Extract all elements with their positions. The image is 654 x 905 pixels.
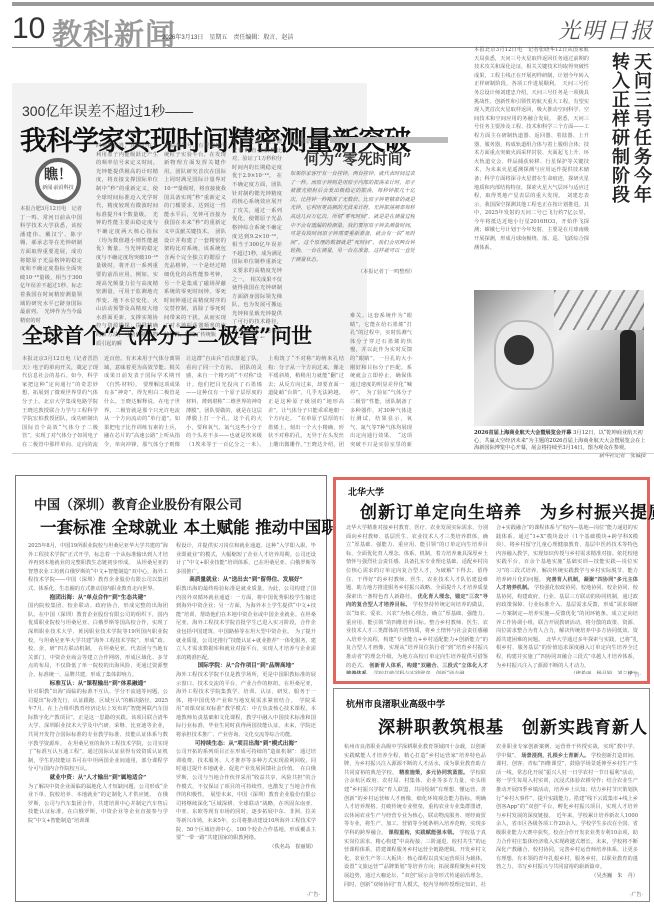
- ad-subhead: 精准施策，多元协同筑蓝图。: [399, 770, 468, 776]
- ad-col-2: 程设计，并提供实习岗位和就业通道。这种“入学即入职、毕业即就业”的模式，大幅缩短…: [176, 542, 316, 882]
- gas-col-1: 本报北京3月12日电（记者晋浩天）电子的单向开关，奠定了现代信息社会的基石。如今…: [22, 355, 98, 450]
- sidebar-byline: （本报记者丁一鸣整理）: [350, 268, 415, 277]
- lead-col-4: 颈。通过两台独立锶光钟的直接拍频比对，验证了1万秒积分时间内的长期稳定度优于2.…: [232, 138, 282, 338]
- ad-col-1: 杭州市良渚职业高级中学深耕职业教育领域四十余载，以创新实践赋能人才培养全程，精心…: [344, 743, 486, 888]
- beihua-ad: 北华大学 创新订单定向生培养 为乡村振兴提质增效 北华大学精准对接乡村教育、医疗…: [333, 477, 650, 684]
- page-number: 10: [12, 12, 45, 46]
- section-divider: [12, 453, 654, 454]
- ad-school-name: 杭州市良渚职业高级中学: [346, 697, 445, 710]
- gas-col-3: 让这群“自由兵”首次排起了队，看向了同一个方向。 团队的灵感，来自一个精巧的“不…: [186, 355, 262, 450]
- ad-para: 2025年8月，中国19所职业院校与坦桑尼亚华大学共建的“海外工程技术学院”正式…: [28, 543, 168, 592]
- ad-subhead: 高质量就业：从“送出去”到“留得住、发展好”: [176, 576, 316, 585]
- ad-para: 合+实践融合”的课程体系与“校内—基地—岗位”能力递进的实践体系。通过“1+X”…: [496, 525, 638, 583]
- shenzhen-ad: 中国（深圳）教育企业股份有限公司 一套标准 全球就业 本土赋能 推动中国职教“抱…: [15, 475, 327, 902]
- ad-para: 学校打破学科与实践壁垒，创新“通专融: [374, 671, 465, 674]
- logo-small-text: 新闻·前沿科技: [39, 185, 77, 191]
- ad-label: ·广告·: [628, 671, 641, 678]
- ad-subhead: 抱团出海：从“单点合作”到“生态共建”: [28, 594, 168, 603]
- lead-kicker: 300亿年误差不超过1秒——: [22, 101, 193, 121]
- ad-col-2: 农业职业专家创新案例、运营骨干传授实战，实现“教中学、学中做”。 场景浸润，扎根…: [496, 743, 638, 888]
- ad-col-1: 北华大学精准对接乡村教育、医疗、农业发展实际需求，分别面向乡村教师、基层医生、农…: [346, 524, 488, 674]
- top-rule: [12, 2, 654, 6]
- column-logo-badge: 瞧！ 新闻·前沿科技: [35, 158, 81, 204]
- ad-subhead: 可持续生态：从“项目出海”到“模式出海”: [176, 740, 316, 749]
- sidebar-tag: ●新知新码: [290, 136, 318, 145]
- ad-col-1: 2025年8月，中国19所职业院校与坦桑尼亚华大学共建的“海外工程技术学院”正式…: [28, 542, 168, 882]
- sidebar-bar: [330, 137, 448, 143]
- astronaut-visor: [504, 335, 534, 365]
- ad-para: 国内院校集团、校企联动、政府协合，形成完整的出海团队。在中国（深圳）教育企业股份…: [28, 603, 168, 678]
- ad-col-2: 合+实践融合”的课程体系与“校内—基地—岗位”能力递进的实践体系。通过“1+X”…: [496, 524, 638, 674]
- ad-para: 程设计，并提供实习岗位和就业通道。这种“入学即入职、毕业即就业”的模式，大幅缩短…: [176, 543, 316, 575]
- ad-byline: （佚名岛 崔丽娟）: [176, 843, 316, 852]
- ad-company-name: 中国（深圳）教育企业股份有限公司: [34, 494, 242, 513]
- logo-big-text: 瞧！: [39, 165, 77, 185]
- expo-photo[interactable]: [474, 290, 644, 426]
- ad-para: 针对职教“出海”面临的标准不互认、学分不流通等问题，公司提出“标准先行、认证跟跑…: [28, 689, 168, 772]
- gas-diode-headline[interactable]: 全球首个“气体分子二极管”问世: [22, 320, 312, 350]
- ad-byline: （律希丽 杨月婷 刘立峰）: [496, 670, 638, 674]
- ad-school-name: 北华大学: [348, 485, 384, 498]
- date-editors: 2026年3月13日 星期五 责任编辑：殷言、赵洁: [162, 32, 293, 41]
- sidebar-body: 如果你家客厅有一台挂钟，两台挂钟，就代表时间过去了一秒。而原子钟则是用原子内部的…: [290, 170, 415, 265]
- ad-headline[interactable]: 创新订单定向生培养 为乡村振兴提质增效: [360, 498, 654, 523]
- ad-subhead: 场景浸润，扎根乡土育新人。: [521, 753, 589, 759]
- photo-roof-structure: [554, 290, 644, 330]
- ad-label: ·广告·: [307, 891, 320, 898]
- explainer-sidebar: ●新知新码 何为“零死时间” 如果你家客厅有一台挂钟，两台挂钟，就代表时间过去了…: [290, 136, 415, 286]
- page-header: 10 教科新闻 2026年3月13日 星期五 责任编辑：殷言、赵洁 光明日报: [12, 8, 654, 48]
- photo-caption: 2026首届上海商业航天大会暨展览会开幕 3月12日，以“乾坤商业航天初心，共赢…: [474, 430, 646, 460]
- ad-headline[interactable]: 深耕职教筑根基 创新实践育新人: [378, 713, 648, 738]
- ad-para: 学校联合余杭区政府、农村局、村集体、企业等多方力量，牵头组建“乡村振兴学院”育人…: [344, 770, 486, 836]
- ad-para: 学校坚持传统定向培养的做法，以“知农、爱农、兴农”为核心理念，确立“厚基础、强能…: [346, 602, 488, 668]
- sidebar-title[interactable]: 何为“零死时间”: [304, 148, 411, 169]
- ad-para: 公司开拓的系列项目正在形成可持续的“造血机制”：通过培训收费、技术服务、人才推荐…: [176, 749, 316, 841]
- tianwen-headline[interactable]: 天问三号任务今年转入正样研制阶段: [592, 52, 652, 212]
- liangzhu-ad: 杭州市良渚职业高级中学 深耕职教筑根基 创新实践育新人 杭州市良渚职业高级中学深…: [333, 688, 650, 902]
- ad-para: 北华大学精准对接乡村教育、医疗、农业发展实际需求，分别面向乡村教师、基层医生、农…: [346, 525, 488, 600]
- gas-col-5: 难关。这套系统作为“眼睛”，它能在给石墨烯“打孔”的过程中，实时监测气体分子穿过…: [350, 312, 412, 450]
- gas-col-4: 上构筑了“不对称”的纳米孔结构：分子从一个方向过来，像走平缓斜坡，稍稍用力就能“…: [268, 355, 344, 450]
- ad-para: 为了解决中资企业面临的属地化人才短缺问题，公司形成“企业下单、院校培养、本地就业…: [28, 784, 168, 824]
- ad-subhead: 就业中资：从“人才输出”到“属地适合”: [28, 774, 168, 783]
- ad-para: 学校创新打造田间、课村、创客、青耘“四维课堂”，鼓励学场景延伸至乡村生产生活一线…: [496, 753, 638, 871]
- ad-label: ·广告·: [630, 891, 643, 898]
- gas-col-2: 近百倍。有未来用于气体分离领域，意味着更为高效节能。相关成果日前发表于国际学术期…: [104, 355, 180, 450]
- ad-subhead: 标准互认：从“课程输出”到“体系融通”: [28, 680, 168, 689]
- ad-para: 学校基于真实岗位需求，精心构建“中高衔接、三阶递进、校村共生”的运营课程体系，搭…: [344, 830, 486, 888]
- newspaper-masthead: 光明日报: [558, 14, 654, 45]
- ad-subhead: 课程重构，实践赋能强本领。: [388, 830, 457, 836]
- caption-title: 2026首届上海商业航天大会暨展览会开幕: [474, 430, 571, 436]
- ad-para: 海外工程技术学院不仅是教学场所，更是中国职教标准的展示窗口、技术交流的平台、产业…: [176, 672, 316, 738]
- section-title: 教科新闻: [52, 10, 176, 54]
- ad-para: 学校强化校政协同、校地协同、校企协同、校基协同，构建政府、行业、基层三方联动的协…: [496, 585, 638, 668]
- ad-para: 职教出海的最终检验标准是就业质量。为此，公司构建了国内国外双循环就业通道：一方面…: [176, 586, 316, 661]
- visitor-figure: [620, 330, 636, 400]
- ad-byline: （吴杰巍 朱 丹）: [496, 872, 638, 881]
- tianwen-body: 本报北京3月12日电 记者张晓华12日从国家航天局获悉，天问三号火星取样返回任务…: [474, 46, 589, 286]
- ad-subhead: 国际学院：从“合作项目”到“品牌高地”: [176, 662, 316, 671]
